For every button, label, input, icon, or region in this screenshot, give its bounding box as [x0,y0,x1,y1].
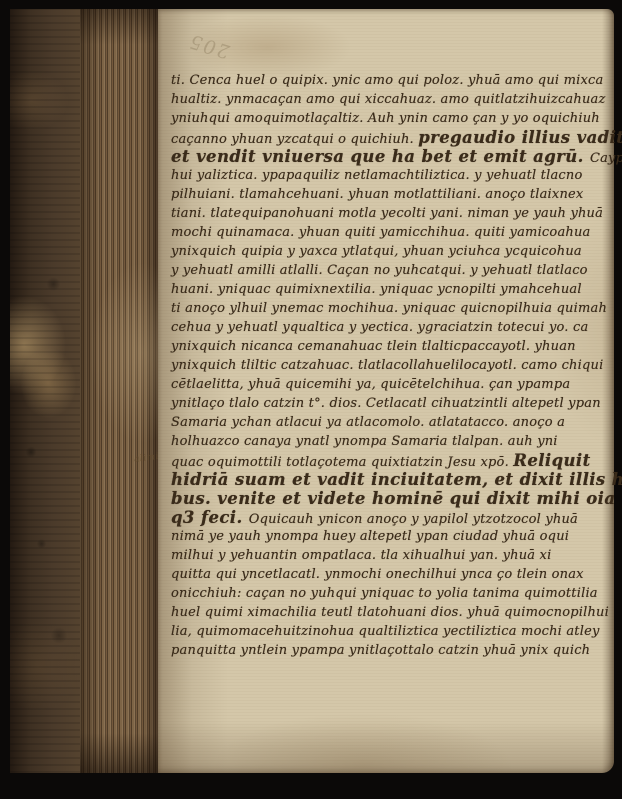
text-line: milhui y yehuantin ompatlaca. tla xihual… [171,546,607,565]
nahuatl-text-segment: holhuazco canaya ynatl ynompa Samaria tl… [171,434,558,449]
text-line: nimā ye yauh ynompa huey altepetl ypan c… [171,527,607,546]
nahuatl-text-segment: huani. yniquac quimixnextilia. yniquac y… [171,282,582,297]
manuscript-page: 205 ti. Cenca huel o quipix. ynic amo qu… [158,9,614,773]
text-line: et vendit vniuersa que ha bet et emit ag… [171,147,607,166]
nahuatl-text-segment: huel quimi ximachilia teutl tlatohuani d… [171,605,609,620]
text-line: tiani. tlatequipanohuani motla yecolti y… [171,204,607,223]
text-line: caçanno yhuan yzcatqui o quichiuh. prega… [171,128,607,147]
nahuatl-text-segment: cētlaelitta, yhuā quicemihi ya, quicētel… [171,377,570,392]
latin-quote-segment: pregaudio illius vadit [418,128,622,147]
nahuatl-text-segment: mochi quinamaca. yhuan quiti yamicchihua… [171,225,591,240]
text-line: ynixquich tliltic catzahuac. tlatlacolla… [171,356,607,375]
text-line: q3 feci. Oquicauh ynicon anoço y yapilol… [171,508,607,527]
text-line: ynixquich nicanca cemanahuac tlein tlalt… [171,337,607,356]
text-line: holhuazco canaya ynatl ynompa Samaria tl… [171,432,607,451]
nahuatl-text-segment: nimā ye yauh ynompa huey altepetl ypan c… [171,529,569,544]
text-line: huani. yniquac quimixnextilia. yniquac y… [171,280,607,299]
text-line: quitta qui yncetlacatl. ynmochi onechilh… [171,565,607,584]
text-block: ti. Cenca huel o quipix. ynic amo qui po… [171,71,607,660]
nahuatl-text-segment: panquitta yntlein ypampa ynitlaçottalo c… [171,643,590,658]
text-line: yniuhqui amoquimotlaçaltiz. Auh ynin cam… [171,109,607,128]
nahuatl-text-segment: Oquicauh ynicon anoço y yapilol ytzotzoc… [249,512,578,527]
nahuatl-text-segment: tiani. tlatequipanohuani motla yecolti y… [171,206,603,221]
text-line: bus. venite et videte hominē qui dixit m… [171,489,607,508]
latin-quote-segment: hidriā suam et vadit inciuitatem, et dix… [171,470,622,489]
text-line: panquitta yntlein ypampa ynitlaçottalo c… [171,641,607,660]
text-line: y yehuatl amilli atlalli. Caçan no yuhca… [171,261,607,280]
text-line: mochi quinamaca. yhuan quiti yamicchihua… [171,223,607,242]
latin-quote-segment: q3 feci. [171,508,249,527]
nahuatl-text-segment: onicchiuh: caçan no yuhqui yniquac to yo… [171,586,598,601]
text-line: cētlaelitta, yhuā quicemihi ya, quicētel… [171,375,607,394]
nahuatl-text-segment: milhui y yehuantin ompatlaca. tla xihual… [171,548,551,563]
text-line: ti. Cenca huel o quipix. ynic amo qui po… [171,71,607,90]
text-line: huel quimi ximachilia teutl tlatohuani d… [171,603,607,622]
text-line: onicchiuh: caçan no yuhqui yniquac to yo… [171,584,607,603]
text-line: hui yaliztica. ypapaquiliz netlamachtili… [171,166,607,185]
photo-backdrop: alimie 205 ti. Cenca huel o quipix. ynic… [0,0,622,799]
page-stack-edges [80,9,158,773]
nahuatl-text-segment: pilhuiani. tlamahcehuani. yhuan motlatti… [171,187,583,202]
text-line: hualtiz. ynmacaçan amo qui xiccahuaz. am… [171,90,607,109]
nahuatl-text-segment: cehua y yehuatl yqualtica y yectica. ygr… [171,320,588,335]
text-line: quac oquimottili totlaçotema quixtiatzin… [171,451,607,470]
text-line: ti anoço ylhuil ynemac mochihua. yniquac… [171,299,607,318]
latin-quote-segment: bus. venite et videte hominē qui dixit m… [171,489,622,508]
nahuatl-text-segment: hualtiz. ynmacaçan amo qui xiccahuaz. am… [171,92,606,107]
folio-number-showthrough: 205 [184,30,234,62]
book-spread: alimie 205 ti. Cenca huel o quipix. ynic… [10,9,614,773]
text-line: ynitlaço tlalo catzin t°. dios. Cetlacat… [171,394,607,413]
nahuatl-text-segment: Caypacca aha [590,151,622,166]
nahuatl-text-segment: quitta qui yncetlacatl. ynmochi onechilh… [171,567,584,582]
latin-quote-segment: Reliquit [513,451,590,470]
nahuatl-text-segment: quac oquimottili totlaçotema quixtiatzin… [171,455,513,470]
nahuatl-text-segment: Samaria ychan atlacui ya atlacomolo. atl… [171,415,565,430]
nahuatl-text-segment: lia, quimomacehuitzinohua qualtiliztica … [171,624,600,639]
nahuatl-text-segment: y yehuatl amilli atlalli. Caçan no yuhca… [171,263,588,278]
text-line: Samaria ychan atlacui ya atlacomolo. atl… [171,413,607,432]
nahuatl-text-segment: yniuhqui amoquimotlaçaltiz. Auh ynin cam… [171,111,600,126]
text-line: lia, quimomacehuitzinohua qualtiliztica … [171,622,607,641]
text-line: hidriā suam et vadit inciuitatem, et dix… [171,470,607,489]
nahuatl-text-segment: ynixquich tliltic catzahuac. tlatlacolla… [171,358,603,373]
nahuatl-text-segment: ynixquich nicanca cemanahuac tlein tlalt… [171,339,576,354]
nahuatl-text-segment: caçanno yhuan yzcatqui o quichiuh. [171,132,418,147]
nahuatl-text-segment: hui yaliztica. ypapaquiliz netlamachtili… [171,168,583,183]
nahuatl-text-segment: ynixquich quipia y yaxca ytlatqui, yhuan… [171,244,582,259]
text-line: cehua y yehuatl yqualtica y yectica. ygr… [171,318,607,337]
book-fore-edge [10,9,80,773]
nahuatl-text-segment: ti anoço ylhuil ynemac mochihua. yniquac… [171,301,607,316]
text-line: ynixquich quipia y yaxca ytlatqui, yhuan… [171,242,607,261]
nahuatl-text-segment: ti. Cenca huel o quipix. ynic amo qui po… [171,73,603,88]
latin-quote-segment: et vendit vniuersa que ha bet et emit ag… [171,147,590,166]
text-line: pilhuiani. tlamahcehuani. yhuan motlatti… [171,185,607,204]
nahuatl-text-segment: ynitlaço tlalo catzin t°. dios. Cetlacat… [171,396,601,411]
